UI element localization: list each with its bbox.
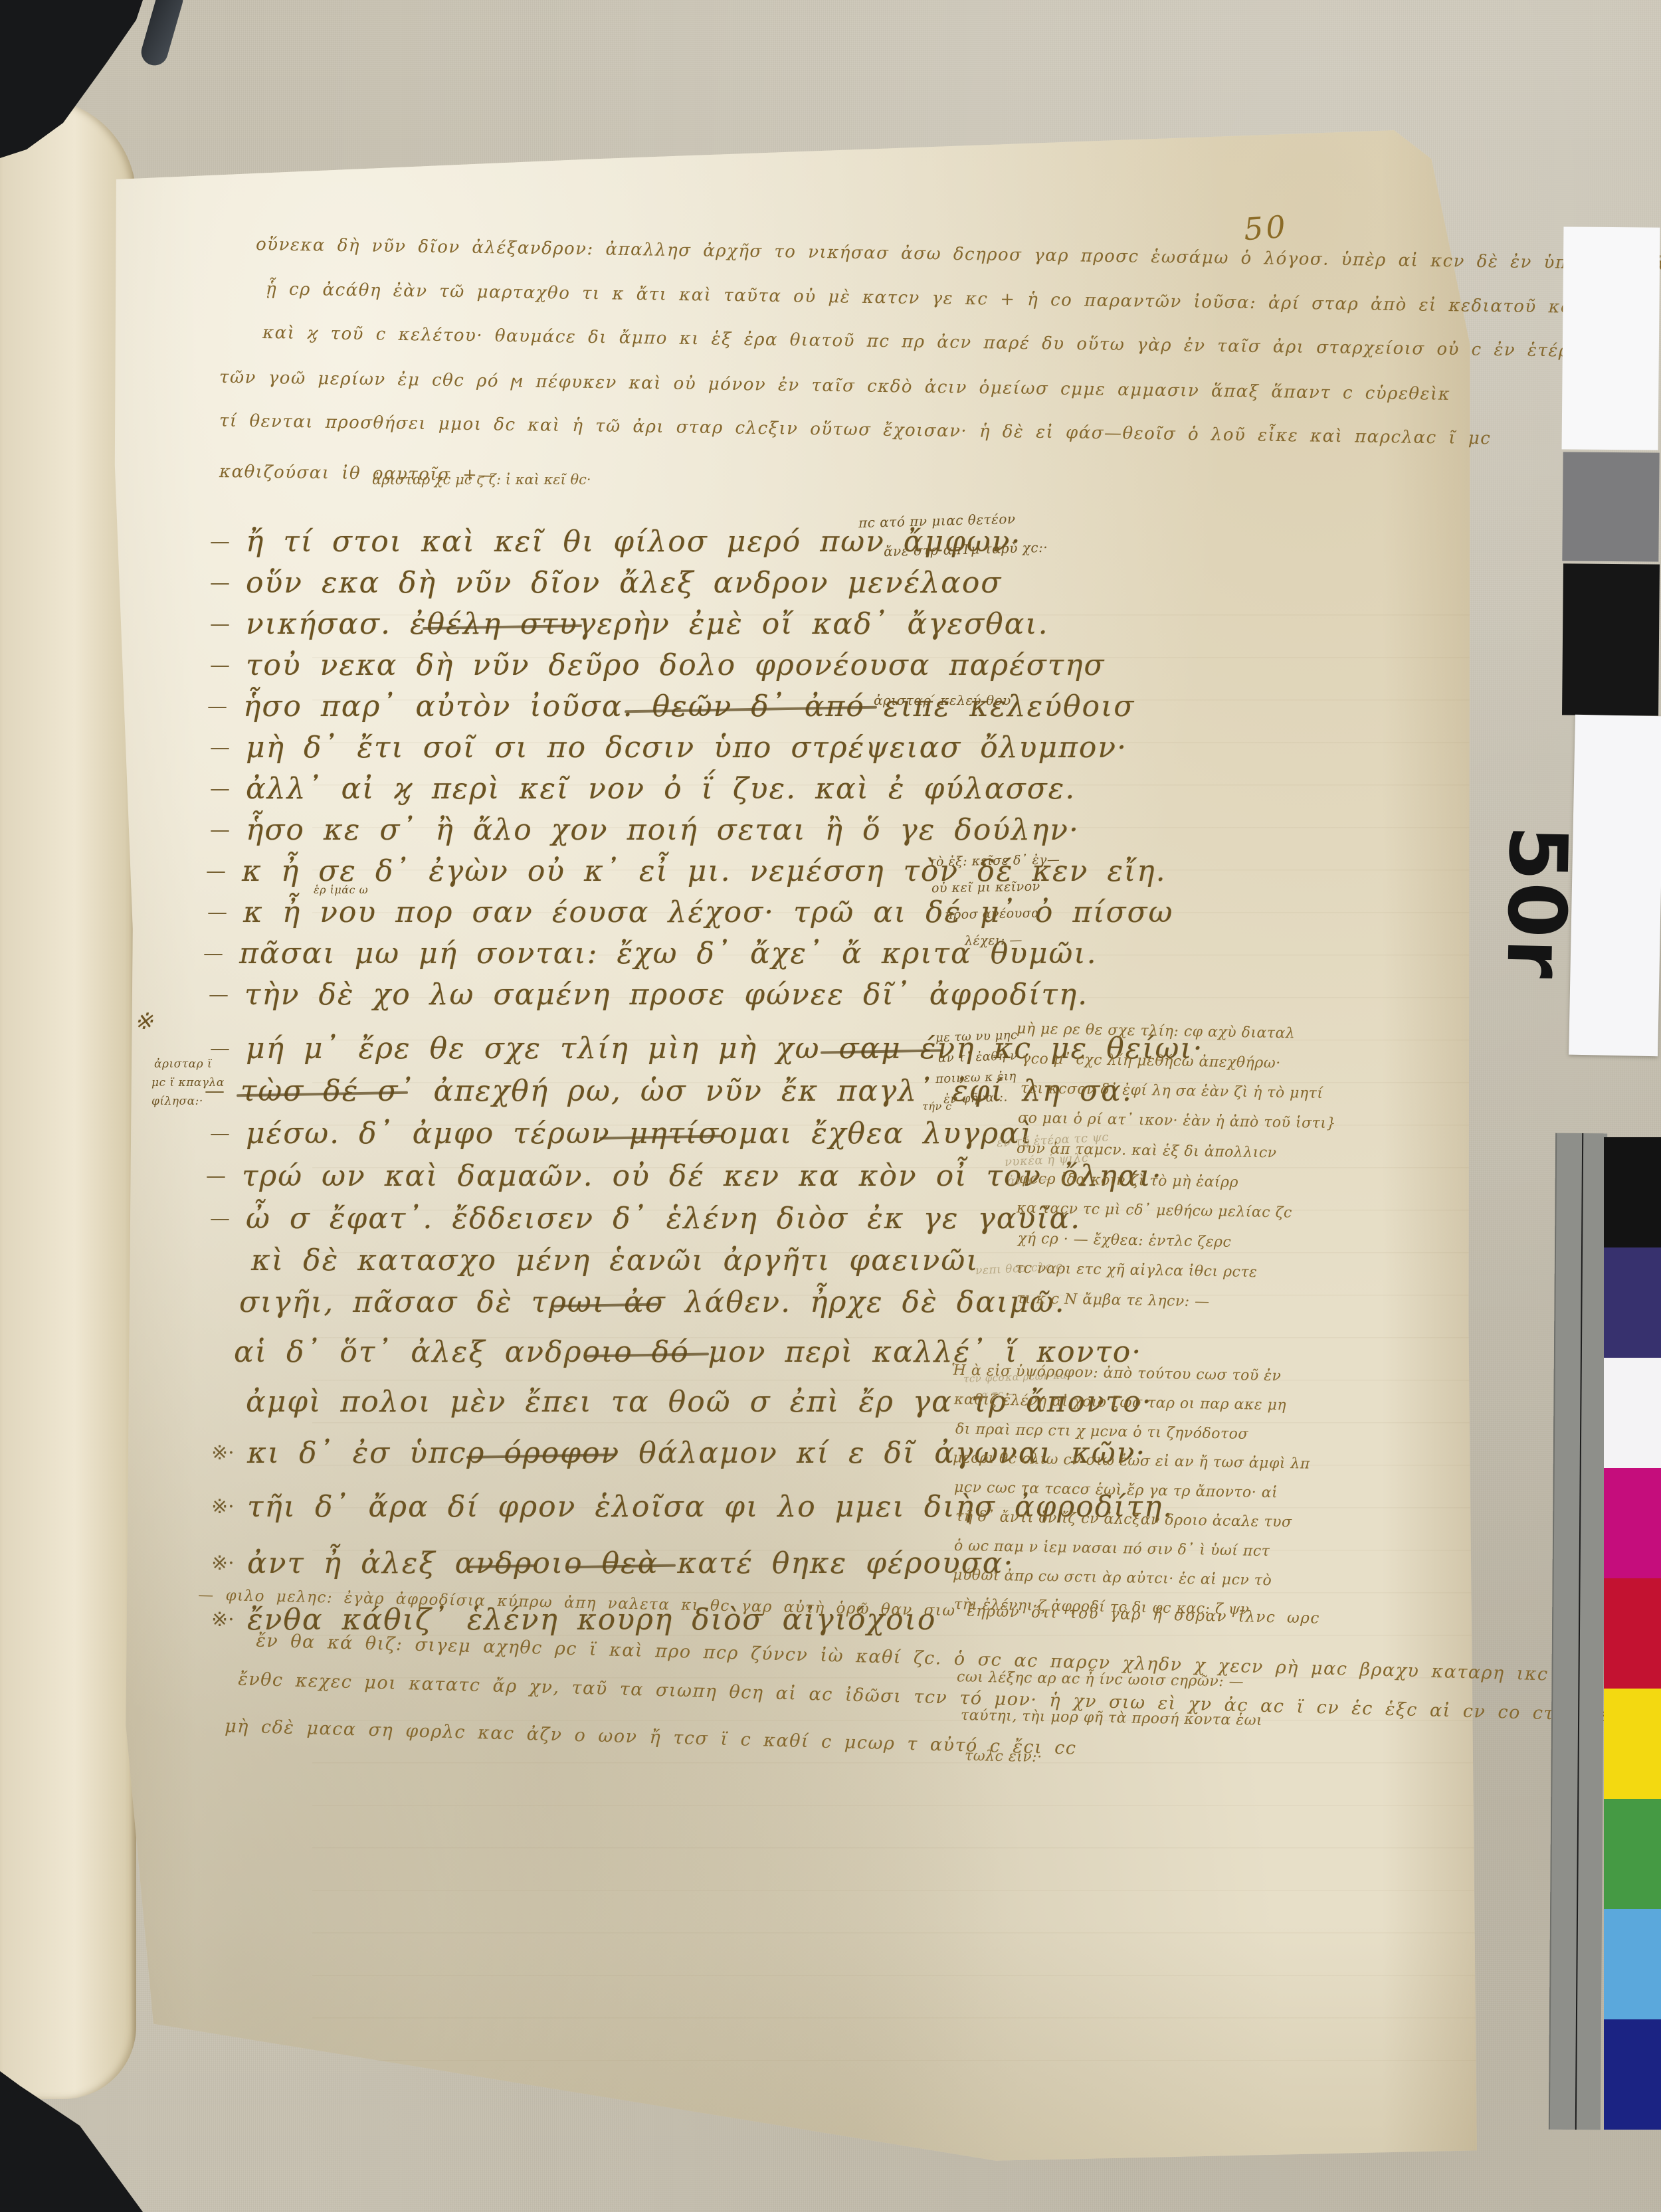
page-holder-strap [138, 0, 186, 68]
poem-line: —μέσω. δ᾽ ἀμφο τέρων μητίσομαι ἔχθεα λυγ… [246, 1117, 1033, 1151]
calibration-ruler [1549, 1133, 1607, 2130]
marginal-critical-mark: — [210, 818, 230, 842]
poem-line-text: κὶ δὲ κατασχο μένη ἑανῶι ἀργῆτι φαεινῶι [251, 1244, 979, 1277]
marginal-critical-mark: — [206, 860, 226, 883]
marginal-annotation: οὐ κεῖ μι κεῖνον [931, 879, 1040, 896]
marginal-critical-mark: — [203, 942, 223, 965]
marginal-critical-mark: — [207, 695, 227, 718]
marginal-critical-mark: ※· [211, 1441, 235, 1465]
marginal-critical-mark: — [207, 901, 227, 924]
poem-line: —τὴν δὲ χο λω σαμένη προσε φώνεε δῖ᾽ ἀφρ… [244, 978, 1088, 1012]
color-calibration-patch [1604, 1468, 1661, 1578]
grayscale-calibration-patch [1562, 227, 1660, 450]
poem-line-text: ἧσο κε σ᾽ ἢ ἄλο χον ποιή σεται ἢ ὅ γε δο… [246, 813, 1080, 847]
marginal-annotation: ἀρισταρ ϊ [154, 1058, 212, 1071]
marginal-critical-mark: — [210, 736, 230, 759]
marginal-critical-mark: — [210, 1037, 230, 1060]
poem-line-text: ἀντ ἦ ἀλεξ ανδροιο θεὰ κατέ θηκε φέρουσα… [247, 1546, 1014, 1580]
marginal-annotation: τήν ϲ [922, 1100, 952, 1113]
poem-line: σιγῆι, πᾶσασ δὲ τρωι ἀσ λάθεν. ἦρχε δὲ δ… [239, 1285, 1066, 1319]
marginal-critical-mark: — [210, 1207, 230, 1230]
poem-line: —ἧσο κε σ᾽ ἢ ἄλο χον ποιή σεται ἢ ὅ γε δ… [246, 813, 1080, 847]
aristarchus-heading: ἀρισταρ χϲ μϲ ϛ ζ: ἰ καὶ κεῖ θϲ· [372, 472, 591, 488]
color-calibration-patch [1604, 1689, 1661, 1799]
marginal-critical-mark: ※· [211, 1608, 235, 1631]
color-calibration-patch [1604, 1909, 1661, 2019]
marginal-critical-mark: — [210, 654, 230, 677]
marginal-annotation: λέχει: — [965, 933, 1023, 949]
poem-line: —ὦ σ ἔφατ᾽. ἔδδεισεν δ᾽ ἑλένη διὸσ ἐκ γε… [246, 1202, 1081, 1236]
marginal-annotation: προσ ανέουσα [945, 906, 1040, 923]
poem-line: ※·ἀντ ἦ ἀλεξ ανδροιο θεὰ κατέ θηκε φέρου… [247, 1546, 1014, 1580]
marginal-annotation: ※ [134, 1008, 153, 1035]
color-calibration-patch [1604, 1247, 1661, 1358]
marginal-critical-mark: — [209, 983, 229, 1006]
color-calibration-patch [1604, 1137, 1661, 1247]
marginal-critical-mark: ※· [211, 1495, 235, 1519]
poem-line-text: τοὐ νεκα δὴ νῦν δεῦρο δολο φρονέουσα παρ… [246, 648, 1105, 682]
poem-line-text: σιγῆι, πᾶσασ δὲ τρωι ἀσ λάθεν. ἦρχε δὲ δ… [239, 1285, 1066, 1319]
marginal-annotation: ἀν τ᾽ ἐαθη ν [938, 1049, 1018, 1065]
poem-line: —ἀλλ᾽ αἰ ϗ περὶ κεῖ νον ὀ ΐ ζυε. καὶ ἐ φ… [246, 772, 1076, 806]
poem-line-text: μὴ δ᾽ ἔτι σοῖ σι πο δϲσιν ὑπο στρέψειασ … [246, 731, 1127, 765]
marginal-annotation: με τω νυ μηϲ [935, 1028, 1018, 1045]
marginal-critical-mark: — [206, 1164, 226, 1188]
color-calibration-patch [1604, 1358, 1661, 1468]
poem-line: —οὕν εκα δὴ νῦν δῖον ἄλεξ ανδρον μενέλαο… [246, 566, 1002, 600]
marginal-annotation: ἐν φῆναι:. [943, 1090, 1008, 1106]
poem-line: —μὴ δ᾽ ἔτι σοῖ σι πο δϲσιν ὑπο στρέψειασ… [246, 731, 1127, 765]
color-calibration-patch [1604, 2019, 1661, 2130]
poem-line-text: τὴν δὲ χο λω σαμένη προσε φώνεε δῖ᾽ ἀφρο… [244, 978, 1088, 1012]
color-calibration-patch [1604, 1799, 1661, 1909]
marginal-annotation: ἑρ ἱμάϲ ω [314, 883, 368, 896]
marginal-annotation: μϲ ϊ κπαγλα [151, 1076, 225, 1089]
poem-line-text: ὦ σ ἔφατ᾽. ἔδδεισεν δ᾽ ἑλένη διὸσ ἐκ γε … [246, 1202, 1081, 1236]
poem-line: —νικήσασ. ἐθέλη στυγερὴν ἐμὲ οἴ καδ᾽ ἄγε… [246, 607, 1049, 641]
marginal-annotation: ἀρισταρ ́ κελεύ θου [874, 692, 1011, 708]
poem-line: —τοὐ νεκα δὴ νῦν δεῦρο δολο φρονέουσα πα… [246, 648, 1105, 682]
marginal-critical-mark: ※· [211, 1552, 235, 1575]
grayscale-calibration-patch [1562, 452, 1659, 561]
folio-tab: 50r [1569, 715, 1661, 1056]
poem-line-text: μέσω. δ᾽ ἀμφο τέρων μητίσομαι ἔχθεα λυγρ… [246, 1117, 1033, 1151]
marginal-critical-mark: — [210, 530, 230, 553]
marginal-annotation: τι κ ϲ Ν ἄμβα τε ληϲν: — [1017, 1290, 1210, 1310]
poem-line-text: ἀλλ᾽ αἰ ϗ περὶ κεῖ νον ὀ ΐ ζυε. καὶ ἐ φύ… [246, 772, 1076, 806]
grayscale-calibration-patch [1562, 563, 1660, 715]
marginal-critical-mark: — [210, 571, 230, 595]
color-calibration-patch [1604, 1578, 1661, 1689]
marginal-annotation: τὸ ἑξ: κεῖσε δ᾽ ἐγ— [929, 852, 1060, 869]
marginal-annotation: φίλησα:· [151, 1095, 203, 1108]
manuscript-photo: σ χαιοῖσἑταῖροι.μϲν ε αἰνῶν·ροδίτηϲ ὅρι … [0, 0, 1661, 2212]
marginal-critical-mark: — [210, 777, 230, 800]
folio-tab-label: 50r [1488, 824, 1583, 980]
marginal-annotation: ποινεω κ ἑιη [935, 1069, 1017, 1086]
poem-line: κὶ δὲ κατασχο μένη ἑανῶι ἀργῆτι φαεινῶι [251, 1244, 979, 1277]
marginal-critical-mark: — [210, 612, 230, 636]
poem-line-text: οὕν εκα δὴ νῦν δῖον ἄλεξ ανδρον μενέλαοσ [246, 566, 1002, 600]
marginal-critical-mark: — [210, 1122, 230, 1145]
folio-number: 50 [1242, 209, 1289, 248]
poem-line-text: νικήσασ. ἐθέλη στυγερὴν ἐμὲ οἴ καδ᾽ ἄγεσ… [246, 607, 1049, 641]
